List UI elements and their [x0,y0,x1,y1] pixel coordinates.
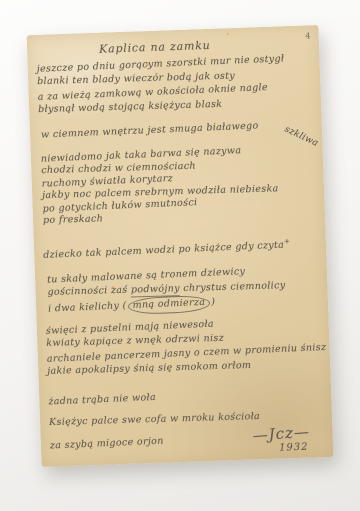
stanza-3: niewiadomo jak taka barwa się nazywa cho… [41,145,280,228]
stanza-6: święci z pustelni mają niewesoła kwiaty … [46,314,327,380]
manuscript-page: 4 Kaplica na zamku jeszcze po dniu gorąc… [27,25,334,467]
stanza-7: żadna trąba nie woła Księżyc palce swe c… [48,383,261,456]
foxing-stain [227,33,229,35]
stanza-1: jeszcze po dniu gorącym szorstki mur nie… [36,53,286,118]
line-prefix: i dwa kielichy ( [48,300,127,314]
stanza-4: dziecko tak palcem wodzi po książce gdy … [43,235,291,262]
poem-title: Kaplica na zamku [99,39,211,56]
photo-background: 4 Kaplica na zamku jeszcze po dniu gorąc… [0,0,360,511]
marginal-word: szkliwa [283,125,320,149]
insertion-mark: + [284,237,290,245]
underlined-word: podwójny [131,283,180,297]
signature-year: 1932 [279,442,309,454]
stanza-5: tu skały malowane są tronem dziewicy goś… [47,264,286,317]
foxing-stain [146,63,149,66]
poem-line: w ciemnem wnętrzu jest smuga białawego [41,119,259,142]
stanza-2: w ciemnem wnętrzu jest smuga białawego [41,120,259,142]
page-number: 4 [305,31,311,40]
line-prefix: gościnności zaś [47,285,131,298]
circled-phrase: mną odmierza [127,295,210,316]
line-suffix: ) [211,296,216,307]
poem-line: dziecko tak palcem wodzi po książce gdy … [43,234,291,263]
poem-line-text: dziecko tak palcem wodzi po książce gdy … [43,240,284,261]
